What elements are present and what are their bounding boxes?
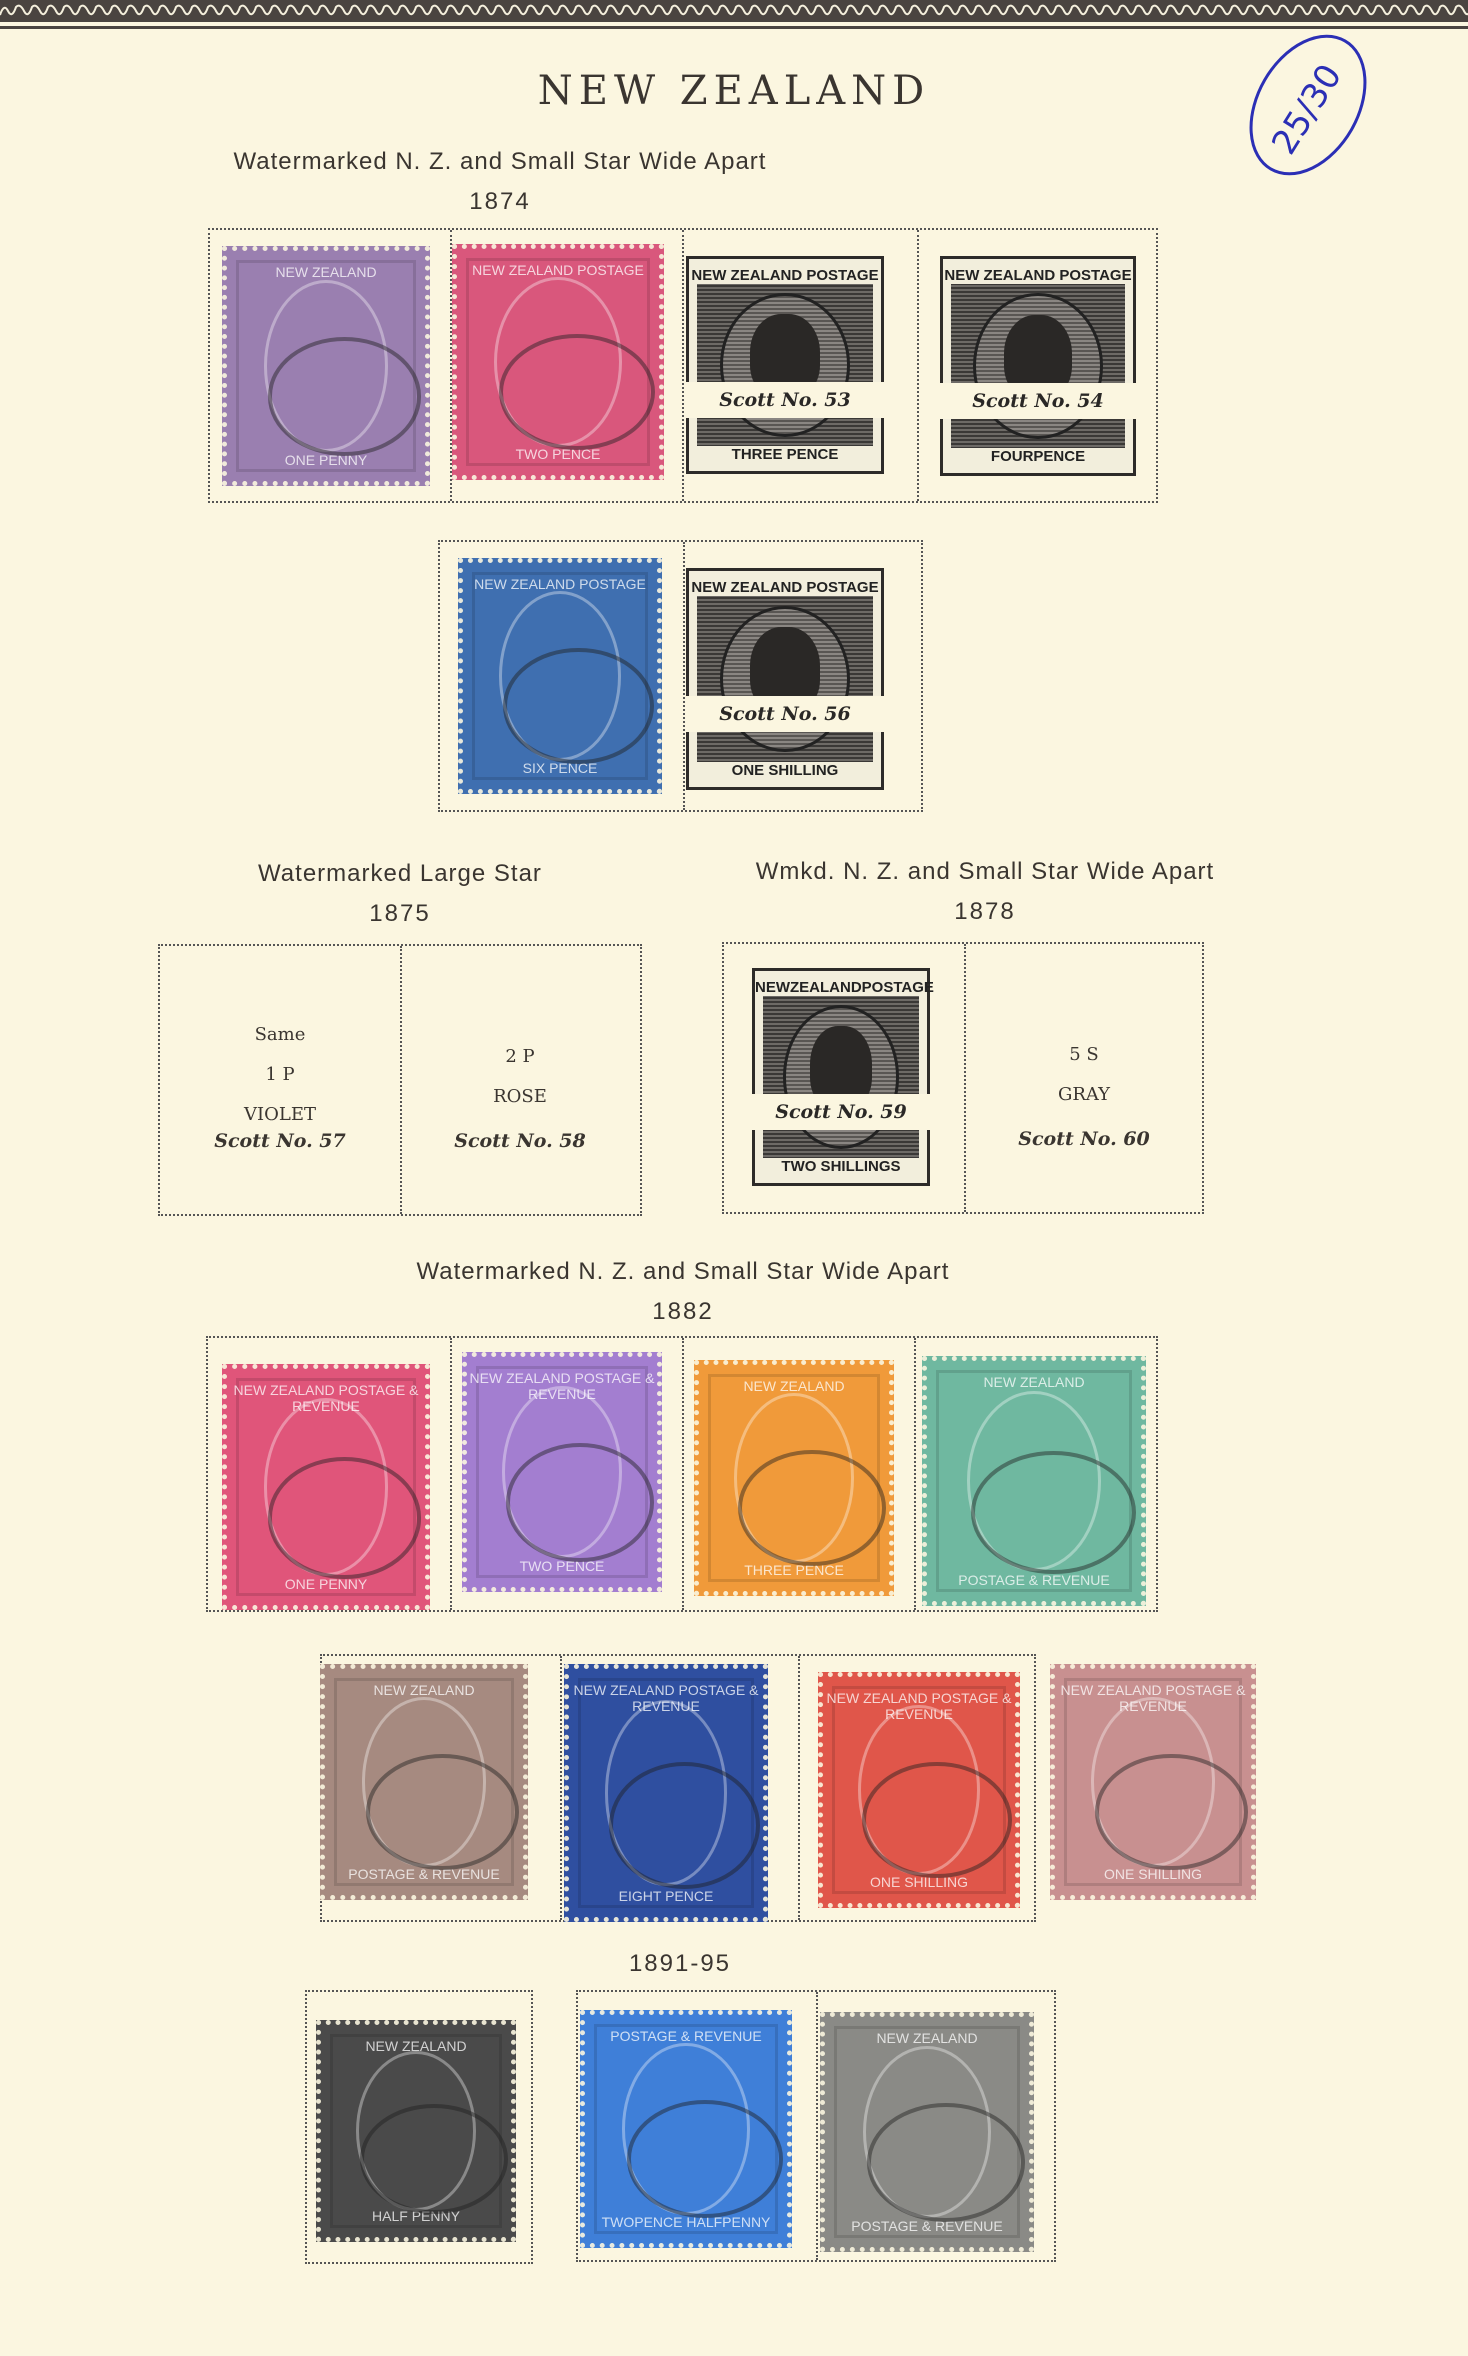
scott-number: Scott No. 54	[940, 383, 1136, 419]
section-heading-1878: Wmkd. N. Z. and Small Star Wide Apart	[660, 858, 1310, 886]
space-label-color: ROSE	[400, 1086, 640, 1107]
postmark-cancel	[360, 2104, 508, 2214]
space-label-value: 2 P	[400, 1046, 640, 1067]
section-year-1875: 1875	[160, 900, 640, 928]
svg-text:25/30: 25/30	[1264, 57, 1350, 161]
handwritten-price-note: 25/30	[1228, 28, 1388, 178]
printed-stamp-image: NEW ZEALAND POSTAGEFOURPENCEScott No. 54	[940, 256, 1136, 476]
postmark-cancel	[499, 334, 655, 451]
space-label-same: Same	[160, 1024, 400, 1045]
postage-stamp: NEW ZEALAND POSTAGE & REVENUEONE SHILLIN…	[1050, 1664, 1256, 1900]
postmark-cancel	[268, 337, 422, 455]
scott-number: Scott No. 59	[752, 1094, 930, 1130]
section-heading-1882: Watermarked N. Z. and Small Star Wide Ap…	[0, 1258, 1366, 1286]
postage-stamp: NEW ZEALAND POSTAGE & REVENUETWO PENCE	[462, 1352, 662, 1592]
postage-stamp: NEW ZEALAND POSTAGESIX PENCE	[458, 558, 662, 794]
scott-number: Scott No. 56	[686, 696, 884, 732]
postage-stamp: NEW ZEALANDONE PENNY	[222, 246, 430, 486]
space-label-scott: Scott No. 60	[964, 1128, 1204, 1150]
printed-stamp-image: NEW ZEALAND POSTAGEONE SHILLINGScott No.…	[686, 568, 884, 790]
space-label-color: VIOLET	[160, 1104, 400, 1125]
section-heading-1874: Watermarked N. Z. and Small Star Wide Ap…	[0, 148, 1000, 176]
album-spaces-1875: Same 1 P VIOLET Scott No. 57 2 P ROSE Sc…	[158, 944, 642, 1216]
space-label-color: GRAY	[964, 1084, 1204, 1105]
postmark-cancel	[609, 1762, 760, 1889]
space-label-value: 1 P	[160, 1064, 400, 1085]
section-year-1882: 1882	[0, 1298, 1366, 1326]
postmark-cancel	[971, 1451, 1136, 1574]
album-space-scott-57: Same 1 P VIOLET Scott No. 57	[160, 946, 400, 1214]
section-year-1878: 1878	[660, 898, 1310, 926]
postage-stamp: POSTAGE & REVENUETWOPENCE HALFPENNY	[580, 2010, 792, 2248]
postmark-cancel	[366, 1754, 520, 1871]
space-label-scott: Scott No. 58	[400, 1130, 640, 1152]
section-year-1891-95: 1891-95	[580, 1950, 780, 1978]
postage-stamp: NEW ZEALANDPOSTAGE & REVENUE	[820, 2012, 1034, 2252]
postage-stamp: NEW ZEALANDHALF PENNY	[316, 2020, 516, 2242]
postage-stamp: NEW ZEALAND POSTAGE & REVENUEEIGHT PENCE	[564, 1664, 768, 1922]
postmark-cancel	[627, 2100, 783, 2217]
postmark-cancel	[503, 648, 654, 765]
postmark-cancel	[738, 1450, 886, 1567]
postage-stamp: NEW ZEALANDTHREE PENCE	[694, 1360, 894, 1596]
section-year-1874: 1874	[0, 188, 1000, 216]
printed-stamp-scott-59: NEWZEALANDPOSTAGE TWO SHILLINGS Scott No…	[752, 968, 930, 1186]
space-label-value: 5 S	[964, 1044, 1204, 1065]
album-spaces-1878: NEWZEALANDPOSTAGE TWO SHILLINGS Scott No…	[722, 942, 1204, 1214]
album-space-scott-60: 5 S GRAY Scott No. 60	[964, 944, 1204, 1212]
postmark-cancel	[867, 2103, 1025, 2221]
space-label-scott: Scott No. 57	[160, 1130, 400, 1152]
postage-stamp: NEW ZEALAND POSTAGE & REVENUEONE PENNY	[222, 1364, 430, 1610]
postage-stamp: NEW ZEALAND POSTAGETWO PENCE	[452, 244, 664, 480]
postmark-cancel	[862, 1762, 1011, 1879]
postage-stamp: NEW ZEALANDPOSTAGE & REVENUE	[922, 1356, 1146, 1606]
section-heading-1875: Watermarked Large Star	[160, 860, 640, 888]
postmark-cancel	[268, 1457, 422, 1578]
scott-number: Scott No. 53	[686, 382, 884, 418]
page-top-border	[0, 0, 1468, 22]
postage-stamp: NEW ZEALANDPOSTAGE & REVENUE	[320, 1664, 528, 1900]
album-space-scott-58: 2 P ROSE Scott No. 58	[400, 946, 640, 1214]
postage-stamp: NEW ZEALAND POSTAGE & REVENUEONE SHILLIN…	[818, 1672, 1020, 1908]
postmark-cancel	[1095, 1754, 1247, 1871]
postmark-cancel	[506, 1443, 654, 1561]
printed-stamp-image: NEW ZEALAND POSTAGETHREE PENCEScott No. …	[686, 256, 884, 474]
